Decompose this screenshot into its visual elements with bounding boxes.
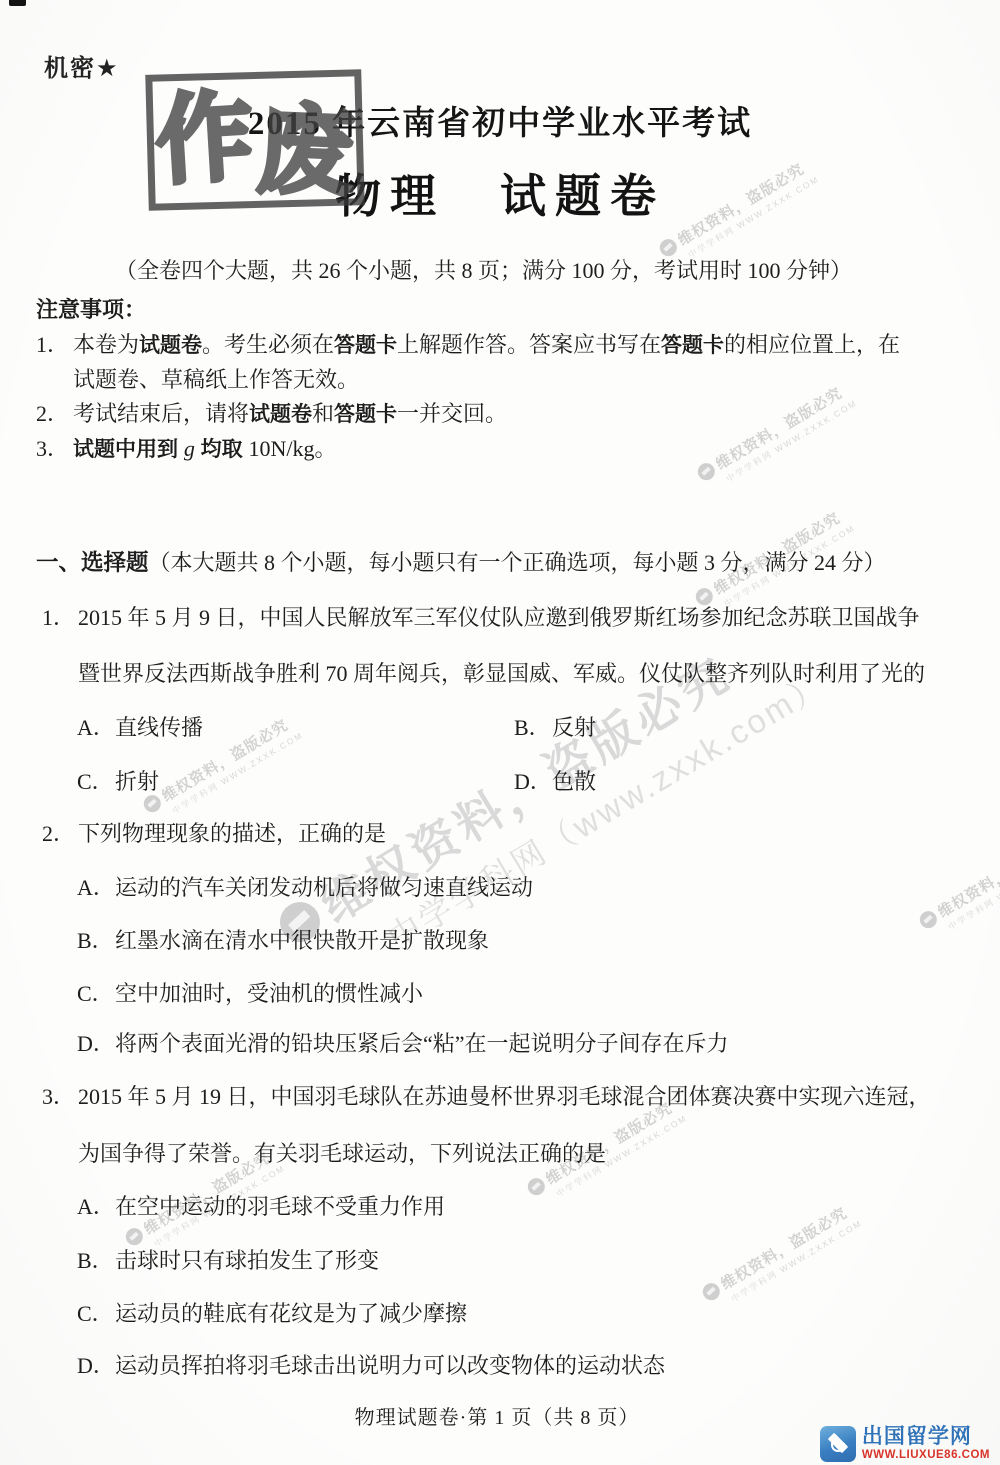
exam-paper-page: 维权资料，盗版必究 中学学科网 WWW.ZXXK.COM 维权资料，盗版必究 中…: [0, 0, 1000, 1465]
question-3-option-c: C． 运动员的鞋底有花纹是为了减少摩擦: [36, 1297, 982, 1331]
question-3-option-a: A． 在空中运动的羽毛球不受重力作用: [36, 1190, 982, 1224]
question-number: 1．: [42, 601, 78, 635]
option-text: 击球时只有球拍发生了形变: [115, 1244, 379, 1278]
question-number: 3．: [42, 1080, 78, 1114]
notice-item-2: 2． 考试结束后，请将试题卷和答题卡一并交回。: [36, 397, 982, 432]
notice-item-1: 1． 本卷为试题卷。考生必须在答题卡上解题作答。答案应书写在答题卡的相应位置上，…: [36, 328, 982, 363]
question-1-continued: 暨世界反法西斯战争胜利 70 周年阅兵，彰显国威、军威。仪仗队整齐列队时利用了光…: [36, 657, 982, 691]
option-label: D．: [514, 765, 552, 799]
question-3: 3． 2015 年 5 月 19 日，中国羽毛球队在苏迪曼杯世界羽毛球混合团体赛…: [36, 1080, 982, 1114]
notice-item-text: 考试结束后，请将试题卷和答题卡一并交回。: [73, 397, 507, 432]
option-b: B． 反射: [514, 711, 596, 745]
question-3-option-b: B． 击球时只有球拍发生了形变: [36, 1244, 982, 1278]
site-url: WWW.LIUXUE86.COM: [862, 1450, 990, 1462]
liuxue86-logo[interactable]: 出国留学网 WWW.LIUXUE86.COM: [820, 1426, 990, 1462]
scan-artifact: [9, 0, 26, 6]
section-label: 一、选择题: [36, 550, 149, 575]
option-label: B．: [514, 711, 552, 745]
document-body: （全卷四个大题，共 26 个小题，共 8 页；满分 100 分，考试用时 100…: [36, 248, 982, 1430]
notice-item-text: 试题中用到 g 均取 10N/kg。: [73, 432, 337, 467]
option-label: D．: [77, 1027, 115, 1061]
question-text: 下列物理现象的描述，正确的是: [78, 817, 386, 851]
question-3-option-d: D． 运动员挥拍将羽毛球击出说明力可以改变物体的运动状态: [36, 1349, 982, 1383]
question-text: 2015 年 5 月 9 日，中国人民解放军三军仪仗队应邀到俄罗斯红场参加纪念苏…: [78, 601, 920, 635]
exam-info-line: （全卷四个大题，共 26 个小题，共 8 页；满分 100 分，考试用时 100…: [36, 254, 982, 288]
option-text: 折射: [115, 765, 159, 799]
option-c: C． 折射: [77, 765, 514, 799]
option-label: A．: [77, 871, 115, 905]
question-1-options-row: A． 直线传播 B． 反射: [36, 711, 982, 745]
question-1: 1． 2015 年 5 月 9 日，中国人民解放军三军仪仗队应邀到俄罗斯红场参加…: [36, 601, 982, 635]
option-text: 运动员的鞋底有花纹是为了减少摩擦: [115, 1297, 467, 1331]
option-label: D．: [77, 1349, 115, 1383]
question-2-option-a: A． 运动的汽车关闭发动机后将做匀速直线运动: [36, 871, 982, 905]
void-stamp: 作 废: [145, 69, 364, 211]
void-stamp-char: 废: [255, 100, 356, 201]
question-3-continued: 为国争得了荣誉。有关羽毛球运动，下列说法正确的是: [36, 1137, 982, 1171]
option-text: 空中加油时，受油机的惯性减小: [115, 977, 423, 1011]
graduation-cap-icon: [820, 1426, 856, 1462]
confidential-label: 机密★: [44, 48, 120, 83]
question-2-option-b: B． 红墨水滴在清水中很快散开是扩散现象: [36, 924, 982, 958]
notice-item-number: 1．: [36, 328, 73, 363]
question-text: 2015 年 5 月 19 日，中国羽毛球队在苏迪曼杯世界羽毛球混合团体赛决赛中…: [78, 1080, 931, 1114]
option-d: D． 色散: [514, 765, 596, 799]
option-text: 红墨水滴在清水中很快散开是扩散现象: [115, 924, 489, 958]
notice-item-1-continued: 试题卷、草稿纸上作答无效。: [36, 363, 982, 397]
question-2: 2． 下列物理现象的描述，正确的是: [36, 817, 982, 851]
option-label: B．: [77, 924, 115, 958]
option-text: 色散: [552, 765, 596, 799]
site-name: 出国留学网: [862, 1426, 990, 1447]
option-label: A．: [77, 1190, 115, 1224]
option-a: A． 直线传播: [77, 711, 514, 745]
option-text: 运动员挥拍将羽毛球击出说明力可以改变物体的运动状态: [115, 1349, 665, 1383]
option-text: 将两个表面光滑的铅块压紧后会“粘”在一起说明分子间存在斥力: [115, 1027, 729, 1061]
option-text: 直线传播: [115, 711, 203, 745]
option-label: A．: [77, 711, 115, 745]
notice-item-text: 本卷为试题卷。考生必须在答题卡上解题作答。答案应书写在答题卡的相应位置上，在: [73, 328, 900, 363]
question-1-options-row: C． 折射 D． 色散: [36, 765, 982, 799]
void-stamp-char: 作: [153, 87, 256, 190]
notice-item-number: 2．: [36, 397, 73, 432]
option-text: 运动的汽车关闭发动机后将做匀速直线运动: [115, 871, 533, 905]
option-label: B．: [77, 1244, 115, 1278]
option-label: C．: [77, 977, 115, 1011]
question-2-option-d: D． 将两个表面光滑的铅块压紧后会“粘”在一起说明分子间存在斥力: [36, 1027, 982, 1061]
question-number: 2．: [42, 817, 78, 851]
option-text: 在空中运动的羽毛球不受重力作用: [115, 1190, 445, 1224]
notice-item-number: 3．: [36, 432, 73, 467]
section-heading: 一、选择题（本大题共 8 个小题，每小题只有一个正确选项，每小题 3 分，满分 …: [36, 546, 982, 580]
option-text: 反射: [552, 711, 596, 745]
section-description: （本大题共 8 个小题，每小题只有一个正确选项，每小题 3 分，满分 24 分）: [149, 550, 886, 575]
notice-item-3: 3． 试题中用到 g 均取 10N/kg。: [36, 432, 982, 467]
option-label: C．: [77, 1297, 115, 1331]
question-2-option-c: C． 空中加油时，受油机的惯性减小: [36, 977, 982, 1011]
option-label: C．: [77, 765, 115, 799]
notice-heading: 注意事项：: [36, 293, 982, 327]
